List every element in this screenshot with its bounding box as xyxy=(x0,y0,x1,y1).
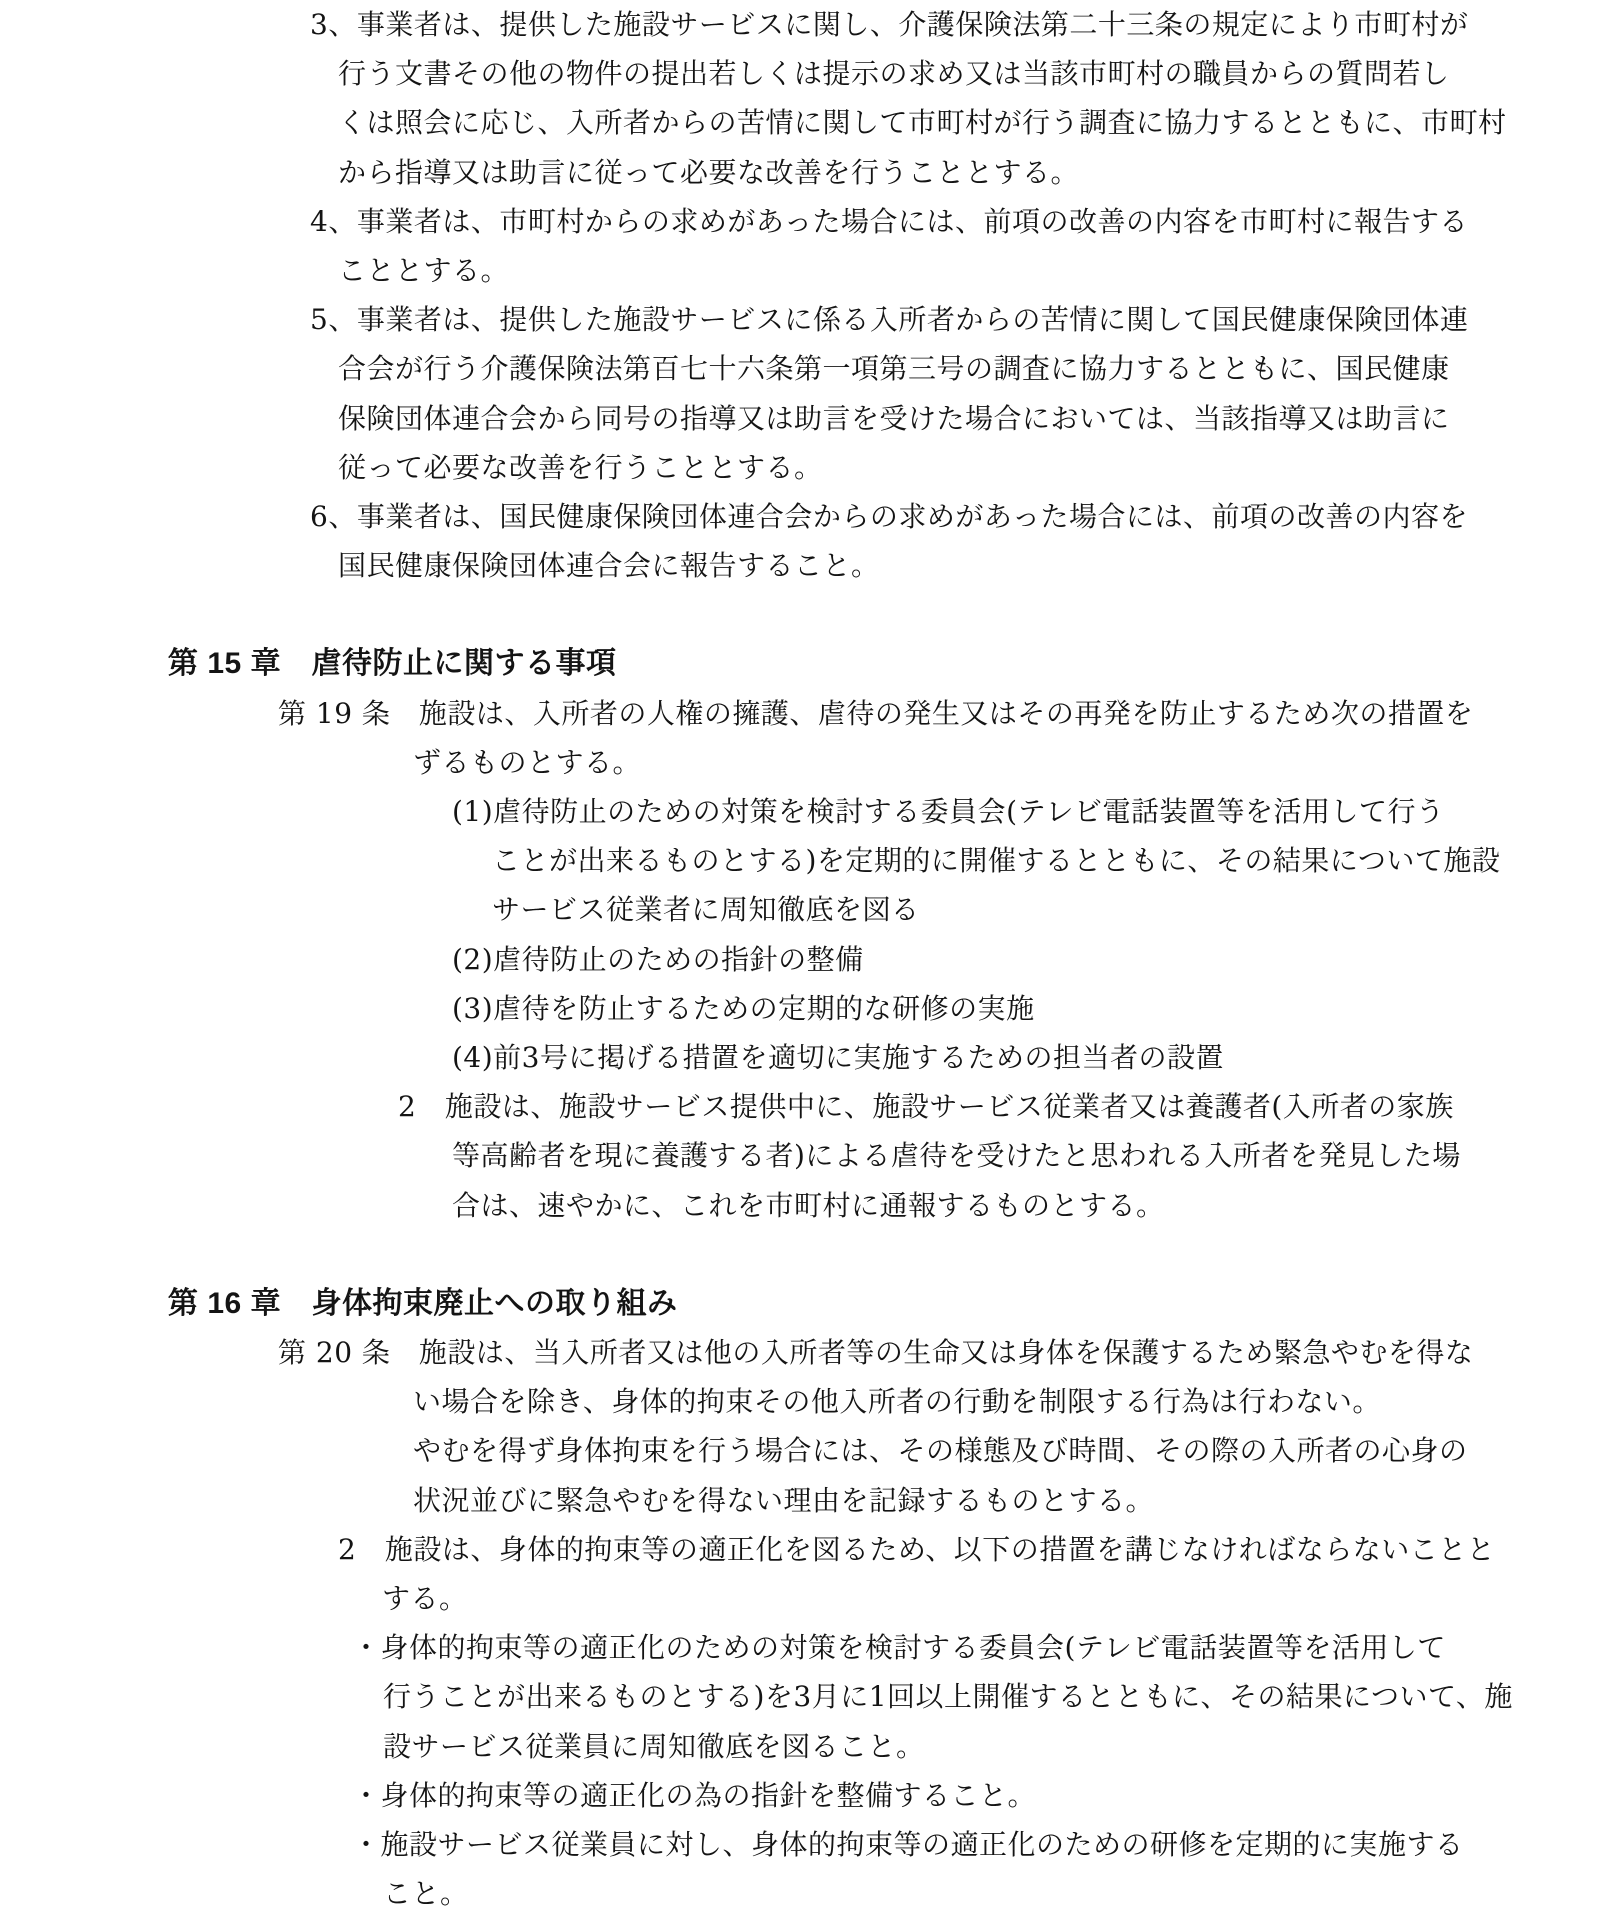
text-line: こととする。 xyxy=(0,246,1623,295)
text-line: 3、事業者は、提供した施設サービスに関し、介護保険法第二十三条の規定により市町村… xyxy=(0,0,1623,49)
blank-line xyxy=(0,590,1623,639)
text-line: 設サービス従業員に周知徹底を図ること。 xyxy=(0,1722,1623,1771)
article-heading-line: 第 20 条 施設は、当入所者又は他の入所者等の生命又は身体を保護するため緊急や… xyxy=(0,1328,1623,1377)
text-line: い場合を除き、身体的拘束その他入所者の行動を制限する行為は行わない。 xyxy=(0,1377,1623,1426)
article-heading-line: 第 19 条 施設は、入所者の人権の擁護、虐待の発生又はその再発を防止するため次… xyxy=(0,689,1623,738)
text-line: (3)虐待を防止するための定期的な研修の実施 xyxy=(0,984,1623,1033)
text-line: 行うことが出来るものとする)を3月に1回以上開催するとともに、その結果について、… xyxy=(0,1672,1623,1721)
text-line: 国民健康保険団体連合会に報告すること。 xyxy=(0,541,1623,590)
text-line: やむを得ず身体拘束を行う場合には、その様態及び時間、その際の入所者の心身の xyxy=(0,1426,1623,1475)
text-line: ことが出来るものとする)を定期的に開催するとともに、その結果について施設 xyxy=(0,836,1623,885)
document-page: 3、事業者は、提供した施設サービスに関し、介護保険法第二十三条の規定により市町村… xyxy=(0,0,1623,1920)
text-line: 6、事業者は、国民健康保険団体連合会からの求めがあった場合には、前項の改善の内容… xyxy=(0,492,1623,541)
text-line: する。 xyxy=(0,1574,1623,1623)
text-line: ・身体的拘束等の適正化のための対策を検討する委員会(テレビ電話装置等を活用して xyxy=(0,1623,1623,1672)
text-line: こと。 xyxy=(0,1869,1623,1918)
text-line: 保険団体連合会から同号の指導又は助言を受けた場合においては、当該指導又は助言に xyxy=(0,394,1623,443)
text-line: (1)虐待防止のための対策を検討する委員会(テレビ電話装置等を活用して行う xyxy=(0,787,1623,836)
text-line: (2)虐待防止のための指針の整備 xyxy=(0,935,1623,984)
text-line: くは照会に応じ、入所者からの苦情に関して市町村が行う調査に協力するとともに、市町… xyxy=(0,98,1623,147)
text-line: から指導又は助言に従って必要な改善を行うこととする。 xyxy=(0,148,1623,197)
text-line: サービス従業者に周知徹底を図る xyxy=(0,885,1623,934)
chapter-heading: 第 15 章 虐待防止に関する事項 xyxy=(0,639,1623,688)
text-line: 従って必要な改善を行うこととする。 xyxy=(0,443,1623,492)
text-line: 状況並びに緊急やむを得ない理由を記録するものとする。 xyxy=(0,1476,1623,1525)
text-line: (4)前3号に掲げる措置を適切に実施するための担当者の設置 xyxy=(0,1033,1623,1082)
chapter-heading: 第 16 章 身体拘束廃止への取り組み xyxy=(0,1279,1623,1328)
text-line: 2 施設は、身体的拘束等の適正化を図るため、以下の措置を講じなければならないこと… xyxy=(0,1525,1623,1574)
text-line: 行う文書その他の物件の提出若しくは提示の求め又は当該市町村の職員からの質問若し xyxy=(0,49,1623,98)
text-line: ずるものとする。 xyxy=(0,738,1623,787)
text-line: 合は、速やかに、これを市町村に通報するものとする。 xyxy=(0,1181,1623,1230)
text-line: 5、事業者は、提供した施設サービスに係る入所者からの苦情に関して国民健康保険団体… xyxy=(0,295,1623,344)
text-line: 4、事業者は、市町村からの求めがあった場合には、前項の改善の内容を市町村に報告す… xyxy=(0,197,1623,246)
text-line: 合会が行う介護保険法第百七十六条第一項第三号の調査に協力するとともに、国民健康 xyxy=(0,344,1623,393)
blank-line xyxy=(0,1230,1623,1279)
text-line: 等高齢者を現に養護する者)による虐待を受けたと思われる入所者を発見した場 xyxy=(0,1131,1623,1180)
text-line: 2 施設は、施設サービス提供中に、施設サービス従業者又は養護者(入所者の家族 xyxy=(0,1082,1623,1131)
text-line: ・施設サービス従業員に対し、身体的拘束等の適正化のための研修を定期的に実施する xyxy=(0,1820,1623,1869)
text-line: ・身体的拘束等の適正化の為の指針を整備すること。 xyxy=(0,1771,1623,1820)
